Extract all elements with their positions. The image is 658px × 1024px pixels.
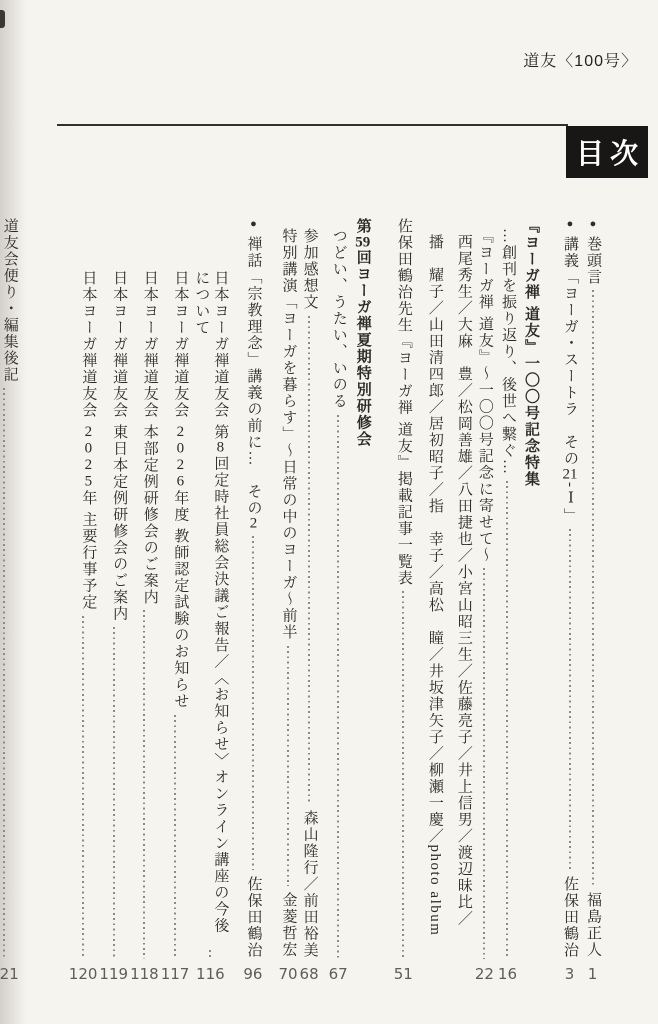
- toc-entry: 参加感想文森山隆行／前田裕美68: [300, 218, 319, 984]
- dot-leader: [506, 481, 508, 960]
- toc-title: 目次: [570, 132, 644, 172]
- entry-title: 巻頭言: [583, 236, 602, 286]
- entry-author: 森山隆行／前田裕美: [300, 810, 319, 959]
- entry-author: 福島正人: [583, 892, 602, 958]
- entry-page-number: 96: [243, 965, 262, 984]
- dot-leader: [143, 610, 145, 959]
- entry-page-number: 22: [475, 965, 494, 984]
- toc-entry: 『ヨーガ禅 道友』一〇〇号記念特集: [521, 218, 540, 984]
- scan-artifact: [0, 10, 5, 28]
- dot-leader: [287, 646, 289, 887]
- bullet-icon: ●: [243, 218, 262, 232]
- entry-author: 佐保田鶴治: [243, 876, 262, 959]
- entry-title: …創刊を振り返り、後世へ繋ぐ…: [498, 228, 517, 476]
- entry-title: 特別講演「ヨーガを暮らす」～日常の中のヨーガ～前半: [278, 228, 297, 641]
- entry-title: 第59回ヨーガ禅夏期特別研修会: [353, 218, 372, 448]
- entry-title: つどい、うたい、いのる: [329, 228, 348, 410]
- entry-title: 道友会便り・編集後記: [0, 218, 19, 383]
- entry-page-number: 68: [300, 965, 319, 984]
- toc-title-badge: 目次: [566, 126, 648, 178]
- bullet-icon: ●: [560, 218, 579, 232]
- dot-leader: [209, 950, 211, 959]
- toc-entry: つどい、うたい、いのる67: [329, 218, 348, 984]
- dot-leader: [113, 627, 115, 959]
- entry-page-number: 16: [498, 965, 517, 984]
- entry-title: 禅話「宗教理念」講義の前に… その2: [243, 236, 262, 532]
- toc-entry: …創刊を振り返り、後世へ繋ぐ…16: [498, 218, 517, 984]
- toc-entry: 『ヨーガ禅 道友』～一〇〇号記念に寄せて～22: [475, 218, 494, 984]
- entry-title: 『ヨーガ禅 道友』一〇〇号記念特集: [521, 218, 540, 487]
- entry-page-number: 3: [565, 965, 575, 984]
- entry-title: 播 耀子／山田清四郎／居初昭子／指 幸子／高松 瞳／井坂津矢子／柳瀬一慶／pho…: [425, 234, 444, 936]
- toc-entry: ●講義「ヨーガ・スートラ その21-Ⅰ」佐保田鶴治3: [560, 218, 579, 984]
- entry-page-number: 116: [196, 965, 225, 984]
- entry-page-number: 70: [278, 965, 297, 984]
- entry-page-number: 51: [394, 965, 413, 984]
- dot-leader: [569, 529, 571, 870]
- entry-author: 金菱哲宏: [278, 892, 297, 958]
- entry-title: 『ヨーガ禅 道友』～一〇〇号記念に寄せて～: [475, 228, 494, 563]
- toc-entry: 第59回ヨーガ禅夏期特別研修会: [353, 218, 372, 984]
- entry-title: 日本ヨーガ禅道友会 本部定例研修会のご案内: [130, 270, 159, 605]
- toc-entry: 日本ヨーガ禅道友会 東日本定例研修会のご案内119: [99, 218, 128, 984]
- entry-page-number: 1: [588, 965, 598, 984]
- bullet-icon: ●: [583, 218, 602, 232]
- entry-title: 日本ヨーガ禅道友会 2025年 主要行事予定: [69, 270, 98, 611]
- entry-page-number: 119: [99, 965, 128, 984]
- entry-title: 日本ヨーガ禅道友会 2026年度 教師認定試験のお知らせ: [161, 270, 190, 710]
- dot-leader: [252, 536, 254, 870]
- dot-leader: [3, 388, 5, 959]
- dot-leader: [308, 316, 310, 804]
- toc-entry: ●禅話「宗教理念」講義の前に… その2佐保田鶴治96: [243, 218, 262, 984]
- toc-entry: 日本ヨーガ禅道友会 本部定例研修会のご案内118: [130, 218, 159, 984]
- entry-title: 西尾秀生／大麻 豊／松岡善雄／八田捷也／小宮山昭三生／佐藤亮子／井上信男／渡辺昧…: [454, 234, 473, 927]
- toc-entry: 道友会便り・編集後記121: [0, 218, 19, 984]
- dot-leader: [82, 616, 84, 960]
- toc-list: ●巻頭言福島正人1●講義「ヨーガ・スートラ その21-Ⅰ」佐保田鶴治3『ヨーガ禅…: [0, 218, 602, 984]
- toc-entry: 西尾秀生／大麻 豊／松岡善雄／八田捷也／小宮山昭三生／佐藤亮子／井上信男／渡辺昧…: [454, 218, 473, 984]
- entry-page-number: 118: [130, 965, 159, 984]
- entry-title: 佐保田鶴治先生『ヨーガ禅 道友』掲載記事一覧表: [394, 218, 413, 586]
- toc-entry: 日本ヨーガ禅道友会 2026年度 教師認定試験のお知らせ117: [161, 218, 190, 984]
- toc-entry: ●巻頭言福島正人1: [583, 218, 602, 984]
- entry-page-number: 121: [0, 965, 19, 984]
- dot-leader: [337, 415, 339, 960]
- entry-page-number: 120: [69, 965, 98, 984]
- toc-entry: 特別講演「ヨーガを暮らす」～日常の中のヨーガ～前半金菱哲宏70: [278, 218, 297, 984]
- entry-author: 佐保田鶴治: [560, 876, 579, 959]
- entry-page-number: 117: [161, 965, 190, 984]
- toc-entry: 佐保田鶴治先生『ヨーガ禅 道友』掲載記事一覧表51: [394, 218, 413, 984]
- entry-page-number: 67: [329, 965, 348, 984]
- header-rule: [57, 124, 568, 126]
- entry-title: 講義「ヨーガ・スートラ その21-Ⅰ」: [560, 236, 579, 525]
- dot-leader: [402, 591, 404, 959]
- toc-entry: 日本ヨーガ禅道友会 第8回定時社員総会決議ご報告／〈お知らせ〉オンライン講座の今…: [191, 218, 229, 984]
- issue-header: 道友〈100号〉: [523, 48, 638, 71]
- entry-title: 日本ヨーガ禅道友会 第8回定時社員総会決議ご報告／〈お知らせ〉オンライン講座の今…: [191, 270, 229, 945]
- dot-leader: [592, 290, 594, 886]
- toc-entry: 日本ヨーガ禅道友会 2025年 主要行事予定120: [69, 218, 98, 984]
- entry-title: 参加感想文: [300, 228, 319, 311]
- dot-leader: [174, 715, 176, 960]
- dot-leader: [483, 568, 485, 959]
- toc-entry: 播 耀子／山田清四郎／居初昭子／指 幸子／高松 瞳／井坂津矢子／柳瀬一慶／pho…: [425, 218, 444, 984]
- entry-title: 日本ヨーガ禅道友会 東日本定例研修会のご案内: [99, 270, 128, 622]
